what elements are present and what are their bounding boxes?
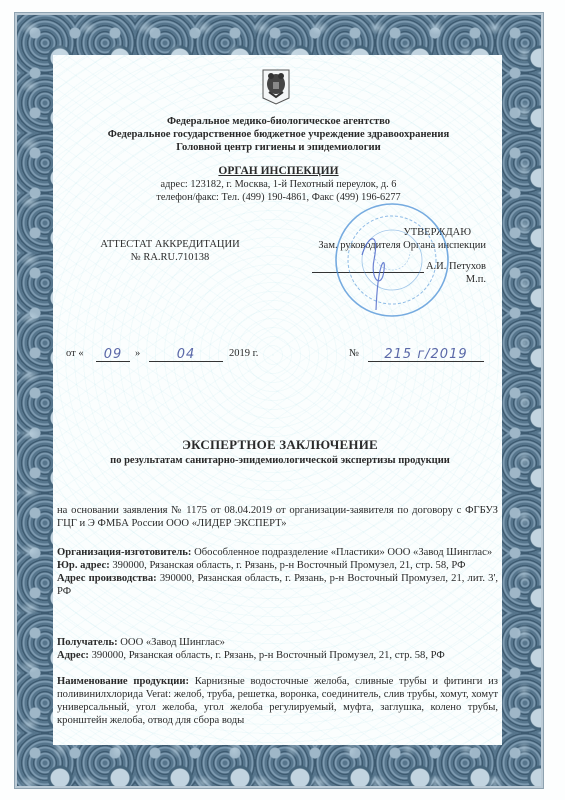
date-year: 2019 г. <box>229 348 258 359</box>
coat-of-arms-icon <box>261 68 291 106</box>
legal-address-line: Юр. адрес: 390000, Рязанская область, г.… <box>57 559 498 572</box>
legal-address-value: 390000, Рязанская область, г. Рязань, р-… <box>110 560 466 571</box>
document-subtitle: по результатам санитарно-эпидемиологичес… <box>60 455 500 466</box>
approval-position: Зам. руководителя Органа инспекции <box>290 239 486 252</box>
date-month: 04 <box>149 348 223 362</box>
legal-address-label: Юр. адрес: <box>57 560 110 571</box>
inspection-phone: телефон/факс: Тел. (499) 190-4861, Факс … <box>60 192 497 205</box>
agency-line: Головной центр гигиены и эпидемиологии <box>60 141 497 154</box>
date-prefix: от « <box>66 348 84 359</box>
approval-title: УТВЕРЖДАЮ <box>290 226 486 239</box>
approval-block: УТВЕРЖДАЮ Зам. руководителя Органа инспе… <box>290 226 486 286</box>
recipient-line: Получатель: ООО «Завод Шинглас» <box>57 636 498 649</box>
product-section: Наименование продукции: Карнизные водост… <box>57 675 498 727</box>
production-address-label: Адрес производства: <box>57 573 157 584</box>
agency-header: Федеральное медико-биологическое агентст… <box>60 115 497 154</box>
accreditation-number: № RA.RU.710138 <box>90 251 250 264</box>
recipient-address-line: Адрес: 390000, Рязанская область, г. Ряз… <box>57 649 498 662</box>
signature-line <box>312 261 424 273</box>
inspection-body-title: ОРГАН ИНСПЕКЦИИ <box>60 165 497 177</box>
agency-line: Федеральное медико-биологическое агентст… <box>60 115 497 128</box>
manufacturer-section: Организация-изготовитель: Обособленное п… <box>57 546 498 598</box>
agency-line: Федеральное государственное бюджетное уч… <box>60 128 497 141</box>
accreditation-block: АТТЕСТАТ АККРЕДИТАЦИИ № RA.RU.710138 <box>90 238 250 264</box>
date-day: 09 <box>96 348 130 362</box>
seal-mark: М.п. <box>290 273 486 286</box>
recipient-label: Получатель: <box>57 637 118 648</box>
product-label: Наименование продукции: <box>57 676 189 687</box>
number-prefix: № <box>349 348 359 359</box>
signatory-name: А.И. Петухов <box>426 260 486 273</box>
date-mid: » <box>135 348 140 359</box>
basis-paragraph: на основании заявления № 1175 от 08.04.2… <box>57 504 498 530</box>
date-number-row: от « 09 » 04 2019 г. № 215 г/2019 <box>66 348 496 366</box>
inspection-contacts: адрес: 123182, г. Москва, 1-й Пехотный п… <box>60 179 497 204</box>
recipient-section: Получатель: ООО «Завод Шинглас» Адрес: 3… <box>57 636 498 662</box>
document-title: ЭКСПЕРТНОЕ ЗАКЛЮЧЕНИЕ <box>60 437 500 453</box>
manufacturer-line: Организация-изготовитель: Обособленное п… <box>57 546 498 559</box>
recipient-value: ООО «Завод Шинглас» <box>118 637 225 648</box>
recipient-address-label: Адрес: <box>57 650 89 661</box>
inspection-address: адрес: 123182, г. Москва, 1-й Пехотный п… <box>60 179 497 192</box>
production-address-line: Адрес производства: 390000, Рязанская об… <box>57 572 498 598</box>
accreditation-title: АТТЕСТАТ АККРЕДИТАЦИИ <box>90 238 250 251</box>
recipient-address-value: 390000, Рязанская область, г. Рязань, р-… <box>89 650 445 661</box>
manufacturer-value: Обособленное подразделение «Пластики» ОО… <box>191 547 492 558</box>
signature-row: А.И. Петухов <box>290 260 486 273</box>
manufacturer-label: Организация-изготовитель: <box>57 547 191 558</box>
document-number: 215 г/2019 <box>368 348 484 362</box>
